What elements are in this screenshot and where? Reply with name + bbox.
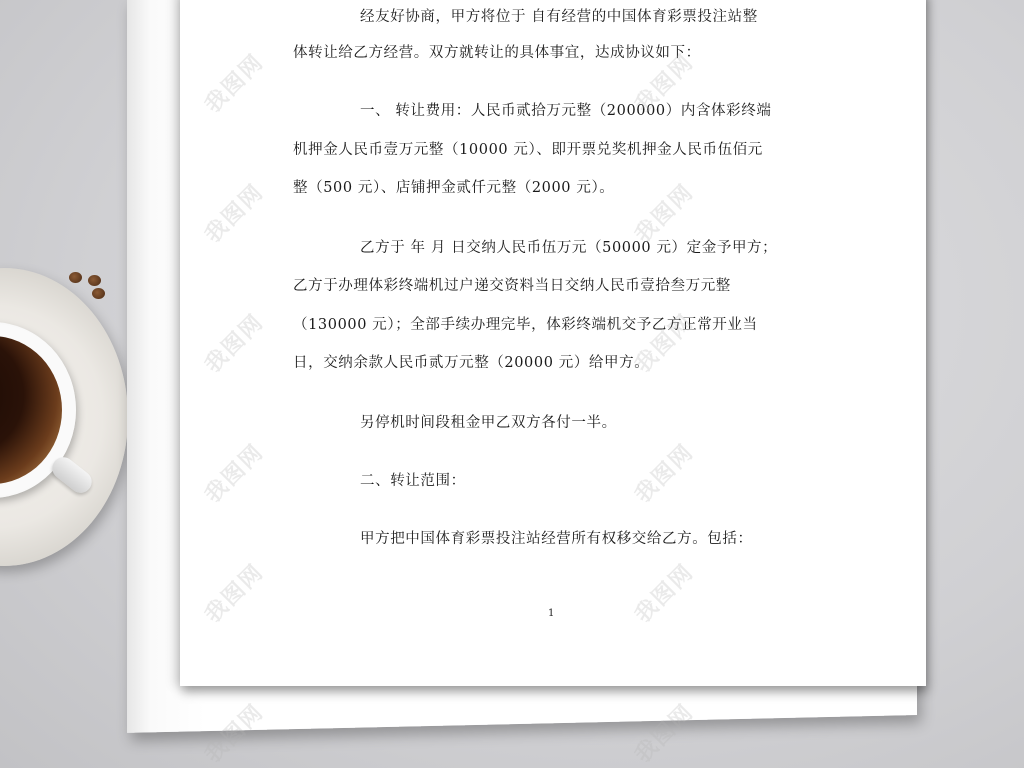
coffee-bean-icon	[92, 288, 105, 299]
coffee-bean-icon	[69, 272, 82, 283]
document-line: （130000 元）；全部手续办理完毕，体彩终端机交予乙方正常开业当	[293, 313, 758, 334]
document-line: 甲方把中国体育彩票投注站经营所有权移交给乙方。包括：	[360, 527, 753, 548]
coffee-bean-icon	[88, 275, 101, 286]
document-line: 一、 转让费用：人民币贰拾万元整（200000）内含体彩终端	[360, 99, 771, 120]
page-number: 1	[548, 608, 554, 619]
document-line: 二、转让范围：	[360, 469, 466, 490]
document-line: 另停机时间段租金甲乙双方各付一半。	[360, 411, 617, 432]
document-line: 体转让给乙方经营。双方就转让的具体事宜，达成协议如下：	[293, 41, 701, 62]
document-line: 日，交纳余款人民币贰万元整（20000 元）给甲方。	[293, 351, 649, 372]
document-line: 乙方于 年 月 日交纳人民币伍万元（50000 元）定金予甲方；	[360, 236, 777, 257]
document-line: 机押金人民币壹万元整（10000 元）、即开票兑奖机押金人民币伍佰元	[293, 138, 763, 159]
document-line: 乙方于办理体彩终端机过户递交资料当日交纳人民币壹拾叁万元整	[293, 274, 731, 295]
document-line: 整（500 元）、店铺押金贰仟元整（2000 元）。	[293, 176, 614, 197]
document-line: 经友好协商，甲方将位于 自有经营的中国体育彩票投注站整	[360, 5, 758, 26]
